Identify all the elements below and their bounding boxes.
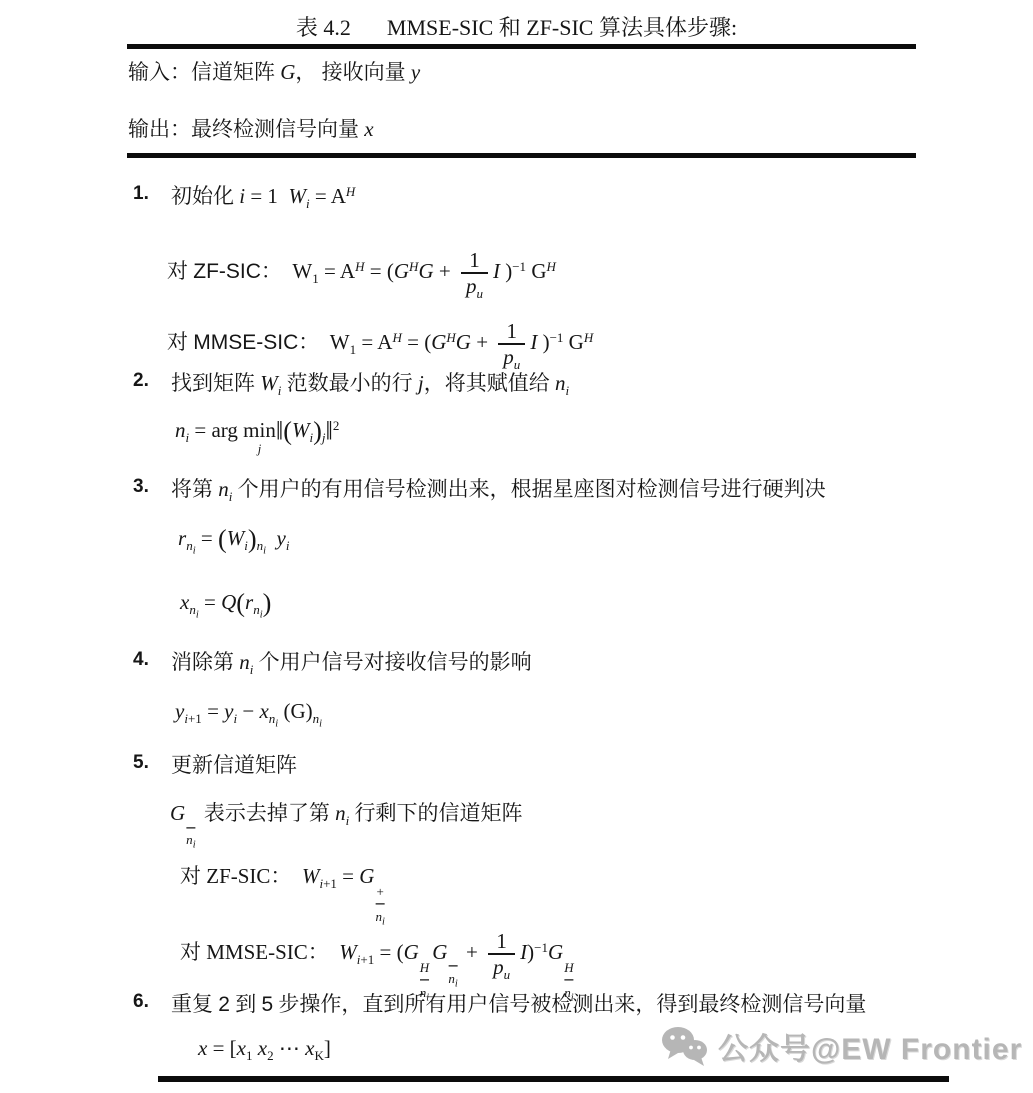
- step-1-text: 初始化 i = 1 Wi = AH: [171, 180, 355, 210]
- input-line: 输入：信道矩阵 G， 接收向量 y: [128, 56, 420, 86]
- mmse-label: 对 MMSE-SIC：: [167, 330, 330, 354]
- zf-equation: Wi+1 = G+–ni: [302, 864, 388, 888]
- step-6-text: 重复 2 到 5 步操作，直到所有用户信号被检测出来，得到最终检测信号向量: [171, 988, 866, 1018]
- step-4-number: 4.: [133, 649, 149, 671]
- step-4-text: 消除第 ni 个用户信号对接收信号的影响: [171, 646, 532, 676]
- zf-equation: W1 = AH = (GHG + 1puI )−1 GH: [292, 259, 556, 283]
- step-2-text: 找到矩阵 Wi 范数最小的行 j，将其赋值给 ni: [171, 367, 569, 397]
- step-5-gbar-line: G–ni 表示去掉了第 ni 行剩下的信道矩阵: [170, 797, 522, 846]
- step-1-mmse-formula: 对 MMSE-SIC： W1 = AH = (GHG + 1puI )−1 GH: [167, 320, 593, 368]
- step-5-text: 更新信道矩阵: [171, 749, 297, 779]
- mmse-label: 对 MMSE-SIC：: [180, 940, 339, 964]
- step-2-number: 2.: [133, 370, 149, 392]
- step-3-text: 将第 ni 个用户的有用信号检测出来，根据星座图对检测信号进行硬判决: [171, 473, 826, 503]
- step-6-number: 6.: [133, 991, 149, 1013]
- wechat-icon: [660, 1025, 708, 1067]
- table-title-text: MMSE-SIC 和 ZF-SIC 算法具体步骤:: [387, 15, 737, 40]
- step-1-zf-formula: 对 ZF-SIC： W1 = AH = (GHG + 1puI )−1 GH: [167, 249, 556, 297]
- output-line: 输出：最终检测信号向量 x: [128, 113, 374, 143]
- step-4-formula: yi+1 = yi − xni (G)ni: [175, 699, 322, 725]
- header-rule: [127, 153, 916, 158]
- step-5-number: 5.: [133, 752, 149, 774]
- zf-label: 对 ZF-SIC：: [180, 864, 302, 888]
- mmse-equation: W1 = AH = (GHG + 1puI )−1 GH: [330, 330, 594, 354]
- step-3-formula-r: rni = (Wi)ni yi: [178, 526, 289, 553]
- table-4-2-page: 表 4.2MMSE-SIC 和 ZF-SIC 算法具体步骤: 输入：信道矩阵 G…: [0, 0, 1033, 1093]
- step-5-zf-formula: 对 ZF-SIC： Wi+1 = G+–ni: [180, 860, 388, 923]
- top-rule: [127, 44, 916, 49]
- step-1-number: 1.: [133, 183, 149, 205]
- watermark: 公众号@EW Frontier: [660, 1024, 1022, 1068]
- table-caption: 表 4.2MMSE-SIC 和 ZF-SIC 算法具体步骤:: [0, 11, 1033, 42]
- step-6-formula: x = [x1 x2 ⋯ xK]: [198, 1036, 331, 1061]
- step-3-number: 3.: [133, 476, 149, 498]
- step-2-formula: ni = arg minj‖(Wi)j‖2: [175, 418, 339, 456]
- zf-label: 对 ZF-SIC：: [167, 259, 292, 283]
- mmse-equation: Wi+1 = (GH–niG–ni + 1puI)−1GH–ni: [339, 940, 576, 964]
- bottom-rule: [158, 1076, 949, 1082]
- step-3-formula-x: xni = Q(rni): [180, 590, 271, 617]
- watermark-text: 公众号@EW Frontier: [718, 1024, 1022, 1068]
- table-number: 表 4.2: [296, 15, 351, 40]
